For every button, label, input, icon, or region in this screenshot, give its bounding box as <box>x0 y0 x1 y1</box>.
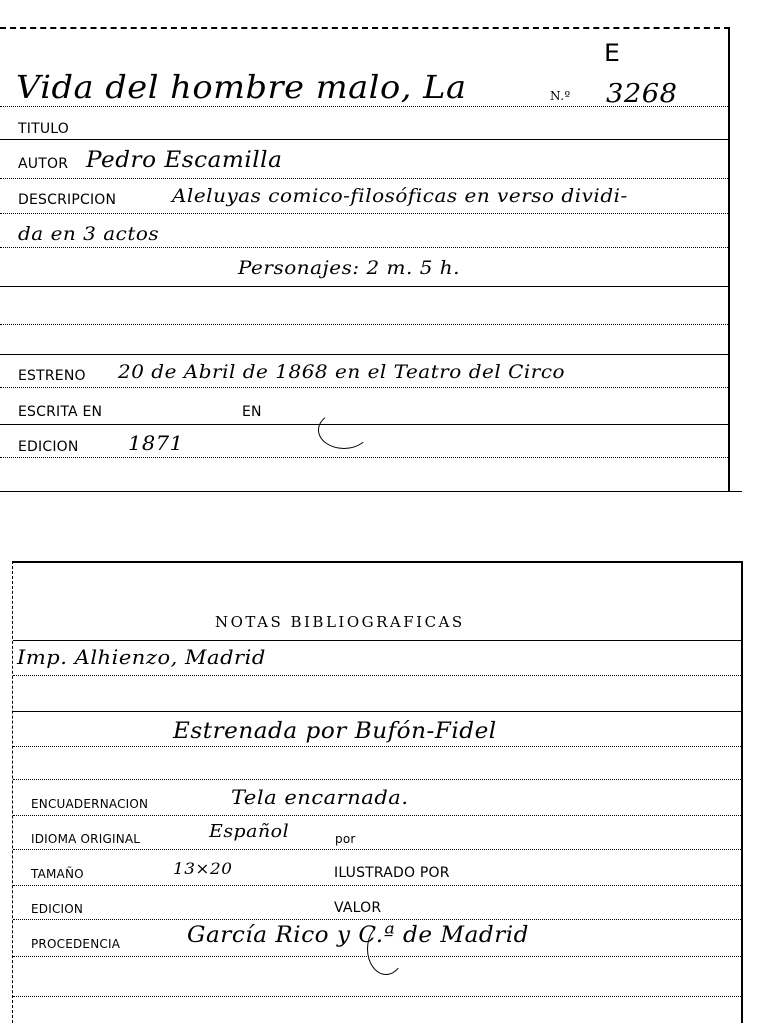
ruled-line <box>0 457 728 458</box>
valor-label: VALOR <box>334 901 381 915</box>
descripcion-label: DESCRIPCION <box>18 193 116 207</box>
ruled-line <box>13 779 741 780</box>
number-value: 3268 <box>606 81 678 107</box>
autor-label: AUTOR <box>18 157 68 171</box>
ruled-line <box>0 178 728 179</box>
catalog-card-front: Vida del hombre malo, La N.º 3268 E TITU… <box>0 27 730 491</box>
ruled-line <box>13 815 741 816</box>
stamp-mark <box>318 411 370 449</box>
number-label: N.º <box>550 90 571 102</box>
personajes-value: Personajes: 2 m. 5 h. <box>238 259 460 278</box>
encuadernacion-label: ENCUADERNACION <box>31 798 148 810</box>
ruled-line <box>13 675 741 676</box>
edicion-label: EDICION <box>18 440 79 454</box>
ruled-line <box>13 746 741 747</box>
ruled-line <box>0 213 728 214</box>
ilustrado-label: ILUSTRADO POR <box>334 866 450 880</box>
estreno-value: 20 de Abril de 1868 en el Teatro del Cir… <box>118 363 565 382</box>
ruled-line <box>13 711 741 712</box>
ruled-line <box>13 996 741 997</box>
card-divider <box>0 491 742 492</box>
catalog-card-back: NOTAS BIBLIOGRAFICAS Imp. Alhienzo, Madr… <box>12 561 743 1023</box>
ruled-line <box>0 354 728 355</box>
ruled-line <box>13 885 741 886</box>
escrita-en-label: ESCRITA EN <box>18 405 102 419</box>
ruled-line <box>0 286 728 287</box>
ruled-line <box>13 919 741 920</box>
descripcion-value-line1: Aleluyas comico-filosóficas en verso div… <box>172 187 628 206</box>
stamp-mark <box>367 923 405 975</box>
category-mark: E <box>604 41 620 65</box>
idioma-value: Español <box>209 823 289 841</box>
notas-heading: NOTAS BIBLIOGRAFICAS <box>215 615 465 630</box>
idioma-label: IDIOMA ORIGINAL <box>31 833 140 845</box>
ruled-line <box>0 324 728 325</box>
por-label: por <box>335 833 356 845</box>
descripcion-value-line2: da en 3 actos <box>18 225 159 244</box>
ruled-line <box>13 849 741 850</box>
edicion-label-back: EDICION <box>31 903 83 915</box>
tamano-label: TAMAÑO <box>31 868 84 880</box>
estreno-label: ESTRENO <box>18 369 86 383</box>
procedencia-value: García Rico y C.ª de Madrid <box>187 925 529 947</box>
ruled-line <box>0 247 728 248</box>
ruled-line <box>13 640 741 641</box>
en-label: EN <box>242 405 262 419</box>
encuadernacion-value: Tela encarnada. <box>231 787 409 807</box>
titulo-label: TITULO <box>18 122 69 136</box>
ruled-line <box>0 139 728 140</box>
notes-line2: Estrenada por Bufón-Fidel <box>173 721 497 743</box>
title-handwritten: Vida del hombre malo, La <box>16 71 466 103</box>
edicion-value: 1871 <box>128 433 184 453</box>
notes-line1: Imp. Alhienzo, Madrid <box>17 647 266 667</box>
tamano-value: 13×20 <box>173 861 232 877</box>
autor-value: Pedro Escamilla <box>86 150 282 172</box>
procedencia-label: PROCEDENCIA <box>31 938 120 950</box>
ruled-line <box>0 387 728 388</box>
